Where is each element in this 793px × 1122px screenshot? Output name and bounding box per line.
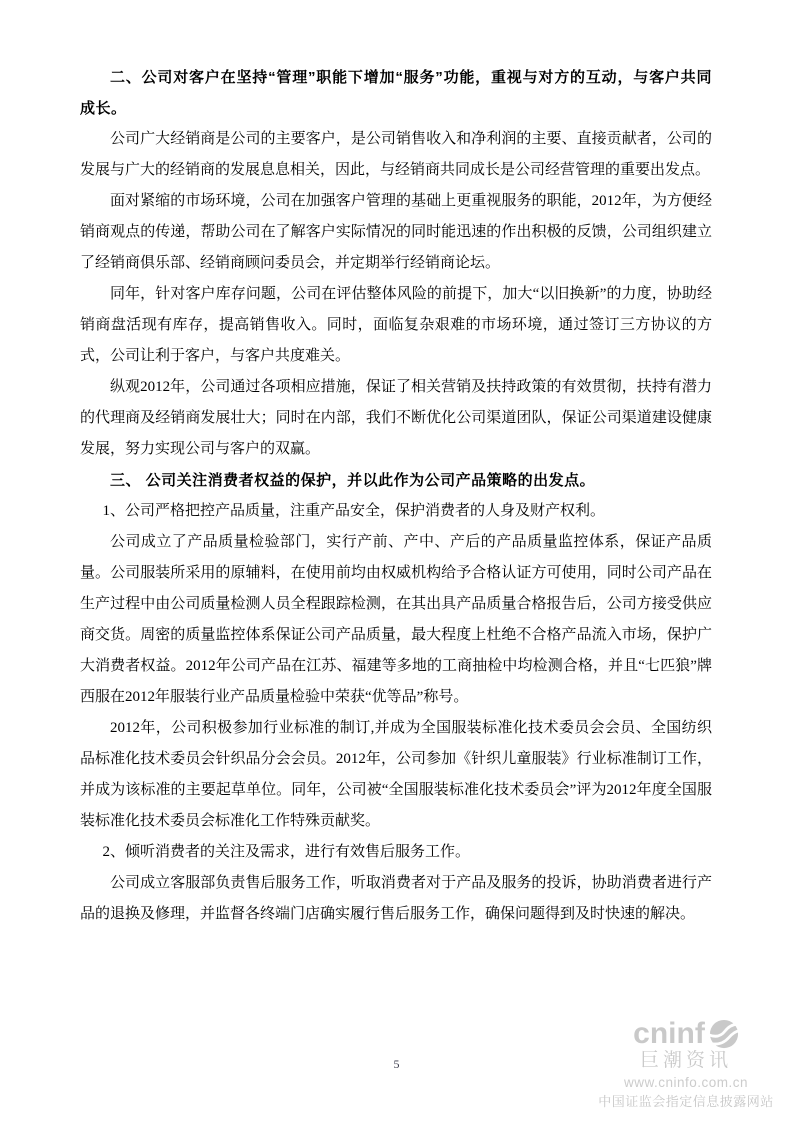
document-body: 二、公司对客户在坚持“管理”职能下增加“服务”功能，重视与对方的互动，与客户共同…	[80, 62, 712, 930]
paragraph: 公司成立客服部负责售后服务工作，听取消费者对于产品及服务的投诉，协助消费者进行产…	[80, 868, 712, 930]
paragraph: 同年，针对客户库存问题，公司在评估整体风险的前提下，加大“以旧换新”的力度，协助…	[80, 279, 712, 372]
cninfo-logo-text: cninf	[633, 1019, 705, 1049]
list-item-2: 2、倾听消费者的关注及需求，进行有效售后服务工作。	[80, 837, 712, 868]
cninfo-url: www.cninfo.com.cn	[591, 1075, 781, 1091]
paragraph: 2012年，公司积极参加行业标准的制订,并成为全国服装标准化技术委员会会员、全国…	[80, 713, 712, 837]
paragraph: 面对紧缩的市场环境，公司在加强客户管理的基础上更重视服务的职能，2012年，为方…	[80, 186, 712, 279]
cninfo-watermark: cninf 巨潮资讯 www.cninfo.com.cn 中国证监会指定信息披露…	[591, 1019, 781, 1110]
cninfo-logo: cninf	[591, 1019, 781, 1049]
cninfo-tagline: 中国证监会指定信息披露网站	[591, 1094, 781, 1110]
list-item-1: 1、公司严格把控产品质量，注重产品安全，保护消费者的人身及财产权利。	[80, 496, 712, 527]
swirl-globe-icon	[709, 1019, 739, 1049]
paragraph: 纵观2012年，公司通过各项相应措施，保证了相关营销及扶持政策的有效贯彻，扶持有…	[80, 372, 712, 465]
document-page: 二、公司对客户在坚持“管理”职能下增加“服务”功能，重视与对方的互动，与客户共同…	[0, 0, 793, 1122]
paragraph: 公司成立了产品质量检验部门，实行产前、产中、产后的产品质量监控体系，保证产品质量…	[80, 527, 712, 713]
section-heading-3: 三、 公司关注消费者权益的保护，并以此作为公司产品策略的出发点。	[80, 465, 712, 496]
paragraph: 公司广大经销商是公司的主要客户，是公司销售收入和净利润的主要、直接贡献者，公司的…	[80, 124, 712, 186]
cninfo-brand-name: 巨潮资讯	[591, 1050, 781, 1072]
section-heading-2: 二、公司对客户在坚持“管理”职能下增加“服务”功能，重视与对方的互动，与客户共同…	[80, 62, 712, 124]
